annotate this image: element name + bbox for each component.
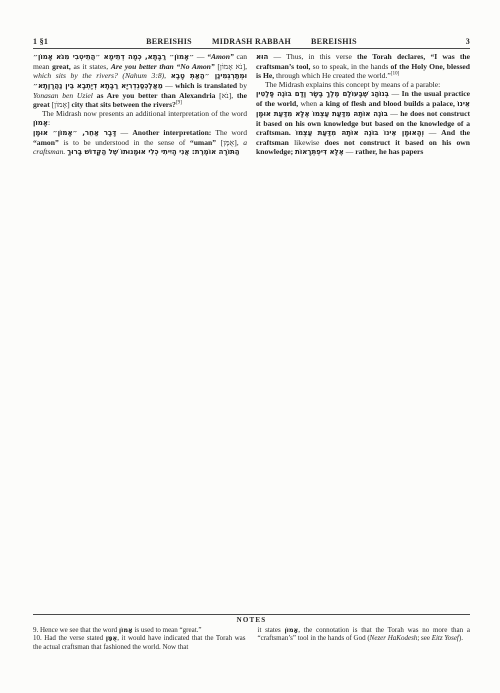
page-number: 3	[410, 37, 470, 46]
text-run: —	[388, 109, 400, 118]
main-text: ״אָמוֹן״ רַבָּתָא, כְּמָה דְתֵימָא ״הֲתֵ…	[33, 52, 470, 157]
text-run: by	[237, 81, 247, 90]
text-run: is used to mean “great.”	[133, 626, 202, 634]
text-run: city that sits between the rivers?	[72, 100, 176, 109]
text-run: Nezer HaKodesh	[370, 634, 418, 642]
text-run: so to speak, in the hands	[310, 62, 390, 71]
hebrew-text-run: אָמוֹן	[284, 626, 298, 634]
running-title-left: BEREISHIS	[146, 37, 192, 46]
text-run: ).	[459, 634, 463, 642]
text-run: as it states,	[71, 62, 111, 71]
text-run: as Are you better than Alexandria	[93, 91, 216, 100]
text-run: [אֻמָּן],	[216, 138, 243, 147]
text-run: —	[424, 128, 441, 137]
text-run: —	[163, 81, 175, 90]
running-title: BEREISHIS MIDRASH RABBAH BEREISHIS	[93, 37, 410, 46]
notes-right-column: it states אָמוֹן, the connotation is tha…	[258, 626, 471, 651]
text-run: “uman”	[190, 138, 216, 147]
paragraph: בְּנוֹהַג שֶׁבָּעוֹלָם מֶלֶךְ בָּשָׂר וָ…	[256, 89, 470, 157]
header-rule	[33, 48, 470, 49]
text-run: which is translated	[175, 81, 237, 90]
paragraph: 9. Hence we see that the word אָמוֹן is …	[33, 626, 246, 634]
text-run: 9. Hence we see that the word	[33, 626, 119, 634]
text-run: Eitz Yosef	[432, 634, 459, 642]
hebrew-text-run: בְּנוֹהַג שֶׁבָּעוֹלָם מֶלֶךְ בָּשָׂר וָ…	[256, 90, 389, 98]
text-run: [נֹא אָמוֹן],	[215, 62, 247, 71]
text-run: [9]	[176, 99, 182, 105]
text-run: “amon”	[33, 138, 59, 147]
text-run: likewise	[289, 138, 325, 147]
notes-section: NOTES 9. Hence we see that the word אָמו…	[33, 614, 470, 651]
text-run: The Midrash now presents an additional i…	[42, 109, 247, 118]
text-run: —	[194, 52, 207, 61]
text-run: “Amon”	[207, 52, 234, 61]
notes-title: NOTES	[33, 616, 470, 624]
text-run: rather, he has papers	[355, 147, 423, 156]
hebrew-text-run: דָּבָר אַחֵר, ״אָמוֹן״ אוּמָן	[33, 129, 116, 137]
hebrew-text-run: אָמוֹן	[119, 626, 133, 634]
text-run: Another interpretation:	[132, 128, 211, 137]
hebrew-text-run: וְהָאוּמָן אֵינוֹ בּוֹנֶה אוֹתָהּ מִדַּע…	[296, 129, 424, 137]
text-run: ; see	[417, 634, 431, 642]
left-column: ״אָמוֹן״ רַבָּתָא, כְּמָה דְתֵימָא ״הֲתֵ…	[33, 52, 247, 157]
notes-left-column: 9. Hence we see that the word אָמוֹן is …	[33, 626, 246, 651]
text-run: Are you better than “No Amon”	[111, 62, 215, 71]
right-column: הוּא — Thus, in this verse the Torah dec…	[256, 52, 470, 157]
text-run: The Midrash explains this concept by mea…	[265, 80, 440, 89]
paragraph: ״אָמוֹן״ רַבָּתָא, כְּמָה דְתֵימָא ״הֲתֵ…	[33, 52, 247, 109]
text-run: [אָמוֹן]	[50, 100, 72, 109]
text-run: —	[344, 147, 355, 156]
paragraph: דָּבָר אַחֵר, ״אָמוֹן״ אוּמָן — Another …	[33, 128, 247, 157]
hebrew-text-run: אֶלָּא דִּיפְתְּרָאוֹת	[295, 148, 344, 156]
text-run: when	[298, 99, 319, 108]
page-header: 1 §1 BEREISHIS MIDRASH RABBAH BEREISHIS …	[33, 37, 470, 46]
text-run: :	[48, 118, 50, 127]
paragraph: The Midrash explains this concept by mea…	[256, 80, 470, 89]
running-title-right: BEREISHIS	[311, 37, 357, 46]
text-run: is to be understood in the sense of	[59, 138, 190, 147]
text-run: — Thus, in this verse	[268, 52, 357, 61]
text-run: 10. Had the verse stated	[33, 634, 106, 642]
text-run: Yonasan ben Uziel	[33, 91, 93, 100]
running-title-center: MIDRASH RABBAH	[212, 37, 291, 46]
hebrew-text-run: ״אָמוֹן״ רַבָּתָא, כְּמָה דְתֵימָא ״הֲתֵ…	[33, 53, 194, 61]
notes-rule	[33, 614, 470, 615]
paragraph: 10. Had the verse stated אֻמָּן, it woul…	[33, 634, 246, 651]
book-page: 1 §1 BEREISHIS MIDRASH RABBAH BEREISHIS …	[0, 0, 500, 693]
text-run: —	[116, 128, 132, 137]
text-run: [נֹא],	[215, 91, 236, 100]
paragraph: The Midrash now presents an additional i…	[33, 109, 247, 128]
paragraph: it states אָמוֹן, the connotation is tha…	[258, 626, 471, 643]
text-run: through which He created the world.”	[274, 71, 391, 80]
paragraph: הוּא — Thus, in this verse the Torah dec…	[256, 52, 470, 80]
text-run: it states	[258, 626, 285, 634]
hebrew-text-run: הַתּוֹרָה אוֹמֶרֶת: אֲנִי הָיִיתִי כְּלִ…	[67, 148, 239, 156]
text-run: [10]	[391, 70, 400, 76]
section-reference: 1 §1	[33, 37, 93, 46]
hebrew-text-run: אֻמָּן	[106, 634, 118, 642]
notes-columns: 9. Hence we see that the word אָמוֹן is …	[33, 626, 470, 651]
text-run: which sits by the rivers? (Nahum 3:8),	[33, 71, 171, 80]
hebrew-text-run: הוּא	[256, 53, 268, 61]
text-run: —	[389, 89, 402, 98]
hebrew-text-run: אָמוֹן	[33, 119, 48, 127]
text-run: great,	[52, 62, 71, 71]
text-run: a king of flesh and blood builds a palac…	[319, 99, 454, 108]
text-run: The word	[211, 128, 247, 137]
